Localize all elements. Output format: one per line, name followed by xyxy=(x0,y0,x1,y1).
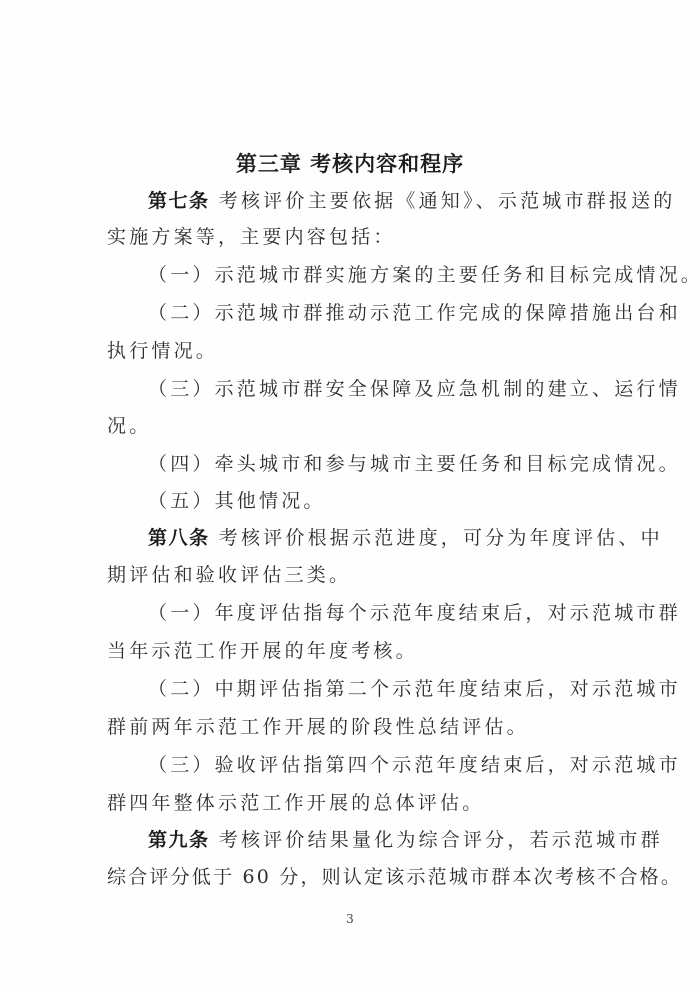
article-9-line-2: 综合评分低于 60 分，则认定该示范城市群本次考核不合格。 xyxy=(107,865,617,889)
article-7-item-2: （二）示范城市群推动示范工作完成的保障措施出台和 xyxy=(148,301,658,325)
article-9-label: 第九条 xyxy=(148,829,210,851)
chapter-title: 第三章 考核内容和程序 xyxy=(0,148,700,178)
article-7-item-1: （一）示范城市群实施方案的主要任务和目标完成情况。 xyxy=(148,263,658,287)
article-7-item-5: （五）其他情况。 xyxy=(148,489,658,513)
document-page: 第三章 考核内容和程序 第七条 考核评价主要依据《通知》、示范城市群报送的 实施… xyxy=(0,0,700,995)
article-8-text-1: 考核评价根据示范进度，可分为年度评估、中 xyxy=(219,527,663,549)
article-8-line-2: 期评估和验收评估三类。 xyxy=(107,563,617,587)
article-7-item-4: （四）牵头城市和参与城市主要任务和目标完成情况。 xyxy=(148,452,658,476)
article-8-item-3: （三）验收评估指第四个示范年度结束后，对示范城市 xyxy=(148,753,658,777)
article-8-line-1: 第八条 考核评价根据示范进度，可分为年度评估、中 xyxy=(148,526,658,550)
article-9-line-1: 第九条 考核评价结果量化为综合评分，若示范城市群 xyxy=(148,828,658,852)
article-8-label: 第八条 xyxy=(148,527,210,549)
article-8-item-3-cont: 群四年整体示范工作开展的总体评估。 xyxy=(107,791,617,815)
article-8-item-2-cont: 群前两年示范工作开展的阶段性总结评估。 xyxy=(107,715,617,739)
article-7-line-2: 实施方案等，主要内容包括： xyxy=(107,225,617,249)
article-8-item-1-cont: 当年示范工作开展的年度考核。 xyxy=(107,639,617,663)
article-8-item-2: （二）中期评估指第二个示范年度结束后，对示范城市 xyxy=(148,677,658,701)
article-7-line-1: 第七条 考核评价主要依据《通知》、示范城市群报送的 xyxy=(148,189,658,213)
page-number: 3 xyxy=(0,912,700,926)
article-7-label: 第七条 xyxy=(148,190,210,212)
article-7-text-1: 考核评价主要依据《通知》、示范城市群报送的 xyxy=(219,190,676,212)
article-9-text-1: 考核评价结果量化为综合评分，若示范城市群 xyxy=(219,829,663,851)
article-8-item-1: （一）年度评估指每个示范年度结束后，对示范城市群 xyxy=(148,601,658,625)
article-7-item-3-cont: 况。 xyxy=(107,414,617,438)
article-7-item-3: （三）示范城市群安全保障及应急机制的建立、运行情 xyxy=(148,377,658,401)
article-7-item-2-cont: 执行情况。 xyxy=(107,339,617,363)
